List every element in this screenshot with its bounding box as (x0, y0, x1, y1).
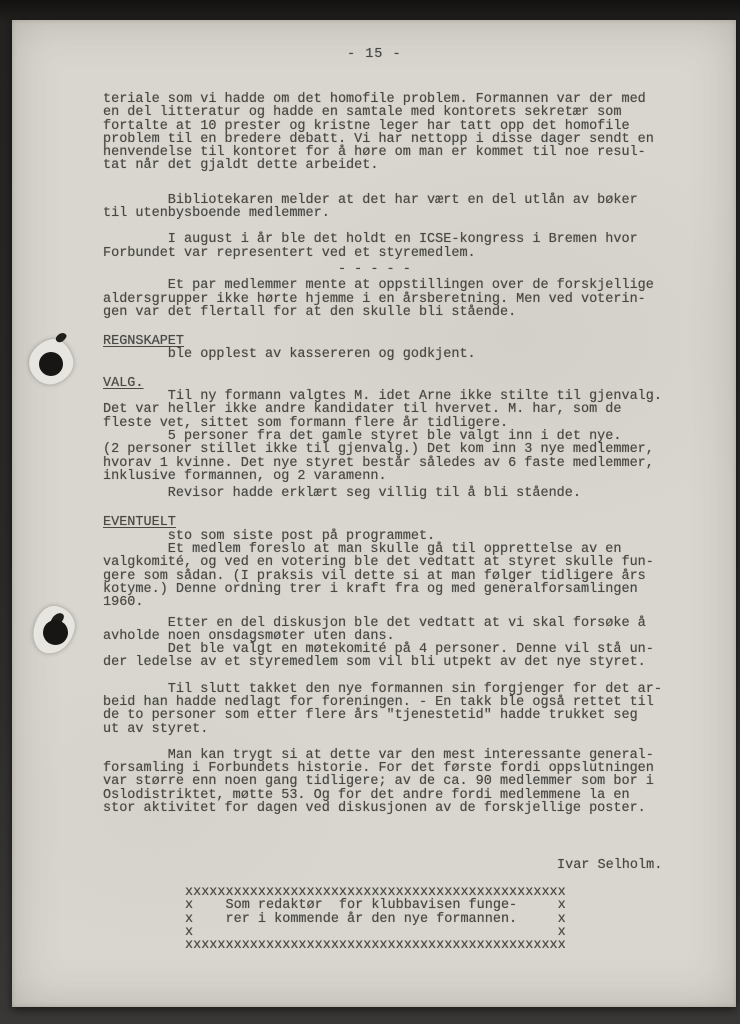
text-line: teriale som vi hadde om det homofile pro… (103, 93, 703, 106)
text-line: en del litteratur og hadde en samtale me… (103, 106, 703, 119)
text-line: fleste vet, sittet som formann flere år … (103, 417, 703, 430)
text-line: 1960. (103, 596, 703, 609)
notice-box-row: x rer i kommende år den nye formannen. x (185, 913, 566, 926)
text-line: var større enn noen gang tidligere; av d… (103, 775, 703, 788)
text-line: Det var heller ikke andre kandidater til… (103, 403, 703, 416)
punch-hole (43, 620, 68, 645)
text-line: fortalte at 10 prester og kristne leger … (103, 120, 703, 133)
signature: Ivar Selholm. (557, 858, 662, 873)
section-heading: REGNSKAPET (103, 335, 703, 348)
page-number: - 15 - (347, 47, 402, 62)
text-line: ut av styret. (103, 723, 703, 736)
text-line: til utenbysboende medlemmer. (103, 207, 703, 220)
text-line: Man kan trygt si at dette var den mest i… (103, 749, 703, 762)
text-line: Et medlem foreslo at man skulle gå til o… (103, 543, 703, 556)
text-line: stor aktivitet for dagen ved diskusjonen… (103, 802, 703, 815)
text-line: (2 personer stillet ikke til gjenvalg.) … (103, 443, 703, 456)
paragraph-gap (103, 670, 703, 683)
text-line: 5 personer fra det gamle styret ble valg… (103, 430, 703, 443)
text-line: Til slutt takket den nye formannen sin f… (103, 683, 703, 696)
text-line: valgkomité, og ved en votering ble det v… (103, 556, 703, 569)
text-line: Etter en del diskusjon ble det vedtatt a… (103, 617, 703, 630)
text-line: Bibliotekaren melder at det har vært en … (103, 194, 703, 207)
text-line: Et par medlemmer mente at oppstillingen … (103, 279, 703, 292)
section-heading: VALG. (103, 377, 703, 390)
text-line: Det ble valgt en møtekomité på 4 persone… (103, 643, 703, 656)
scanned-page: - 15 - teriale som vi hadde om det homof… (12, 20, 736, 1007)
text-line: Til ny formann valgtes M. idet Arne ikke… (103, 390, 703, 403)
text-line: - - - - - (103, 263, 703, 276)
text-line: aldersgrupper ikke hørte hjemme i en års… (103, 293, 703, 306)
text-line: I august i år ble det holdt en ICSE-kong… (103, 233, 703, 246)
text-line: hvorav 1 kvinne. Det nye styret består s… (103, 457, 703, 470)
text-line: kotyme.) Denne ordning trer i kraft fra … (103, 583, 703, 596)
text-line: Revisor hadde erklært seg villig til å b… (103, 487, 703, 500)
notice-box-row: x x (185, 926, 566, 939)
paragraph-gap (103, 500, 703, 516)
text-line: Forbundet var representert ved et styrem… (103, 247, 703, 260)
paragraph-gap (103, 319, 703, 335)
notice-box-row: x Som redaktør for klubbavisen funge- x (185, 899, 566, 912)
text-line: forsamling i Forbundets historie. For de… (103, 762, 703, 775)
text-line: de to personer som etter flere års "tjen… (103, 709, 703, 722)
text-line: gen var det flertall for at den skulle b… (103, 306, 703, 319)
notice-box-row: xxxxxxxxxxxxxxxxxxxxxxxxxxxxxxxxxxxxxxxx… (185, 939, 566, 952)
text-line: der ledelse av et styremedlem som vil bl… (103, 656, 703, 669)
text-line: ble opplest av kassereren og godkjent. (103, 348, 703, 361)
paragraph-gap (103, 736, 703, 749)
notice-box-row: xxxxxxxxxxxxxxxxxxxxxxxxxxxxxxxxxxxxxxxx… (185, 886, 566, 899)
text-line: tat når det gjaldt dette arbeidet. (103, 159, 703, 172)
paragraph-gap (103, 362, 703, 377)
punch-hole (39, 352, 63, 376)
typewritten-lines: teriale som vi hadde om det homofile pro… (103, 93, 703, 815)
paragraph-gap (103, 173, 703, 194)
text-line: gere som sådan. (I praksis vil dette si … (103, 570, 703, 583)
text-line: Oslodistriktet, møtte 53. Og for det and… (103, 789, 703, 802)
section-heading: EVENTUELT (103, 516, 703, 529)
text-line: inklusive formannen, og 2 varamenn. (103, 470, 703, 483)
notice-box: xxxxxxxxxxxxxxxxxxxxxxxxxxxxxxxxxxxxxxxx… (185, 886, 566, 952)
